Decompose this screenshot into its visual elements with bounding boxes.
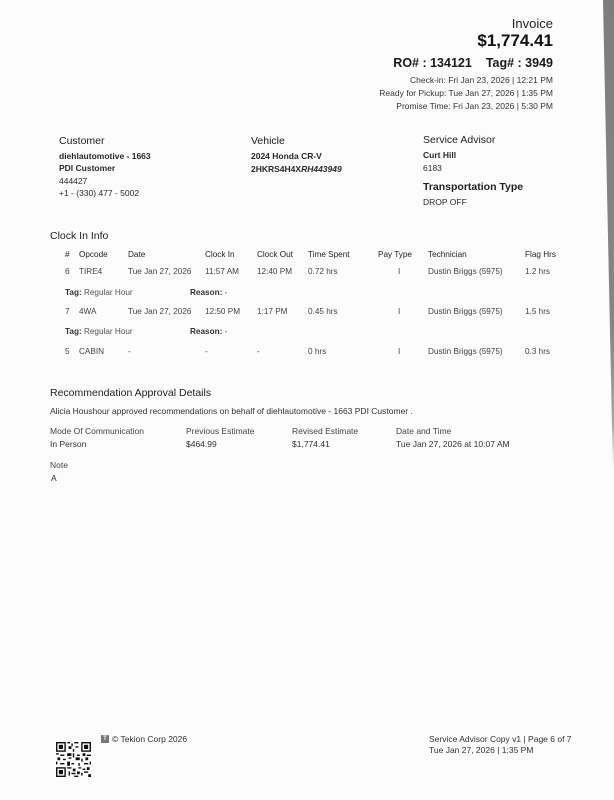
row-num: 6 xyxy=(65,267,70,276)
scan-edge-shadow xyxy=(603,0,614,470)
date-time-label: Date and Time xyxy=(396,426,451,436)
row-clock-in: 11:57 AM xyxy=(205,267,239,276)
customer-title: Customer xyxy=(59,135,151,147)
row-clock-in: - xyxy=(205,347,208,356)
col-header-time-spent: Time Spent xyxy=(308,250,350,259)
row-opcode: TIRE4 xyxy=(79,267,102,276)
copyright-text: © Tekion Corp 2026 xyxy=(112,734,187,744)
row-flag-hrs: 1.2 hrs xyxy=(525,267,550,276)
customer-id: 444427 xyxy=(59,175,151,188)
row-time-spent: 0.72 hrs xyxy=(308,267,338,276)
vin-prefix: 2HKRS4H4X xyxy=(251,164,301,174)
row-num: 5 xyxy=(65,347,70,356)
row-date: Tue Jan 27, 2026 xyxy=(128,267,191,276)
vehicle-title: Vehicle xyxy=(251,135,342,147)
col-header-opcode: Opcode xyxy=(79,250,108,259)
note-label: Note xyxy=(50,460,68,470)
row-reason: Reason: - xyxy=(190,327,227,336)
invoice-total: $1,774.41 xyxy=(477,31,553,51)
row-time-spent: 0.45 hrs xyxy=(308,307,338,316)
row-reason: Reason: - xyxy=(190,288,227,297)
note-value: A xyxy=(51,473,57,483)
row-num: 7 xyxy=(65,307,70,316)
row-time-spent: 0 hrs xyxy=(308,347,326,356)
qr-code-icon xyxy=(56,742,91,777)
row-pay-type: I xyxy=(398,267,400,276)
row-date: - xyxy=(128,347,131,356)
customer-phone: +1 - (330) 477 - 5002 xyxy=(59,187,151,200)
row-opcode: CABIN xyxy=(79,347,104,356)
ro-tag-line: RO# : 134121Tag# : 3949 xyxy=(393,56,553,70)
row-tag: Tag: Regular Hour xyxy=(65,327,133,336)
mode-of-communication-label: Mode Of Communication xyxy=(50,426,144,436)
row-date: Tue Jan 27, 2026 xyxy=(128,307,191,316)
row-clock-out: 12:40 PM xyxy=(257,267,292,276)
row-technician: Dustin Briggs (5975) xyxy=(428,347,503,356)
recommendation-description: Alicia Houshour approved recommendations… xyxy=(50,406,413,416)
vehicle-section: Vehicle 2024 Honda CR-V 2HKRS4H4XRH44394… xyxy=(251,135,342,175)
col-header-date: Date xyxy=(128,250,145,259)
service-advisor-title: Service Advisor xyxy=(423,134,495,146)
vin-suffix: RH443949 xyxy=(301,164,342,174)
revised-estimate-value: $1,774.41 xyxy=(292,439,330,449)
clock-in-title: Clock In Info xyxy=(50,230,108,242)
service-advisor-id: 6183 xyxy=(423,162,495,175)
col-header-pay-type: Pay Type xyxy=(378,250,412,259)
row-technician: Dustin Briggs (5975) xyxy=(428,267,503,276)
ready-for-pickup-time: Ready for Pickup: Tue Jan 27, 2026 | 1:3… xyxy=(379,88,553,98)
revised-estimate-label: Revised Estimate xyxy=(292,426,358,436)
vehicle-vin: 2HKRS4H4XRH443949 xyxy=(251,163,342,176)
col-header-clock-in: Clock In xyxy=(205,250,235,259)
transportation-title: Transportation Type xyxy=(423,181,523,193)
row-flag-hrs: 1.5 hrs xyxy=(525,307,550,316)
recommendation-title: Recommendation Approval Details xyxy=(50,387,211,399)
row-clock-out: 1:17 PM xyxy=(257,307,288,316)
col-header-technician: Technician xyxy=(428,250,467,259)
transportation-section: Transportation Type DROP OFF xyxy=(423,181,523,209)
row-pay-type: I xyxy=(398,307,400,316)
row-pay-type: I xyxy=(398,347,400,356)
row-clock-in: 12:50 PM xyxy=(205,307,240,316)
transportation-value: DROP OFF xyxy=(423,196,523,209)
promise-time: Promise Time: Fri Jan 23, 2026 | 5:30 PM xyxy=(396,101,553,111)
customer-type: PDI Customer xyxy=(59,163,151,173)
date-time-value: Tue Jan 27, 2026 at 10:07 AM xyxy=(396,439,510,449)
row-technician: Dustin Briggs (5975) xyxy=(428,307,503,316)
customer-name: diehlautomotive - 1663 xyxy=(59,150,151,163)
previous-estimate-label: Previous Estimate xyxy=(186,426,255,436)
mode-of-communication-value: In Person xyxy=(50,439,86,449)
row-tag: Tag: Regular Hour xyxy=(65,288,133,297)
vehicle-model: 2024 Honda CR-V xyxy=(251,150,342,163)
service-advisor-section: Service Advisor Curt Hill 6183 xyxy=(423,134,495,174)
col-header-clock-out: Clock Out xyxy=(257,250,293,259)
check-in-time: Check-in: Fri Jan 23, 2026 | 12:21 PM xyxy=(410,75,553,85)
printed-timestamp: Tue Jan 27, 2026 | 1:35 PM xyxy=(429,745,533,755)
customer-section: Customer diehlautomotive - 1663 PDI Cust… xyxy=(59,135,151,200)
tekion-logo-icon: T xyxy=(101,735,109,743)
copyright: T © Tekion Corp 2026 xyxy=(101,734,187,744)
tag-number: Tag# : 3949 xyxy=(486,56,553,70)
previous-estimate-value: $464.99 xyxy=(186,439,217,449)
row-opcode: 4WA xyxy=(79,307,96,316)
row-flag-hrs: 0.3 hrs xyxy=(525,347,550,356)
service-advisor-name: Curt Hill xyxy=(423,149,495,162)
invoice-label: Invoice xyxy=(512,16,553,31)
row-clock-out: - xyxy=(257,347,260,356)
col-header-num: # xyxy=(65,250,70,259)
copy-page-info: Service Advisor Copy v1 | Page 6 of 7 xyxy=(429,734,572,744)
col-header-flag-hrs: Flag Hrs xyxy=(525,250,556,259)
ro-number: RO# : 134121 xyxy=(393,56,472,70)
